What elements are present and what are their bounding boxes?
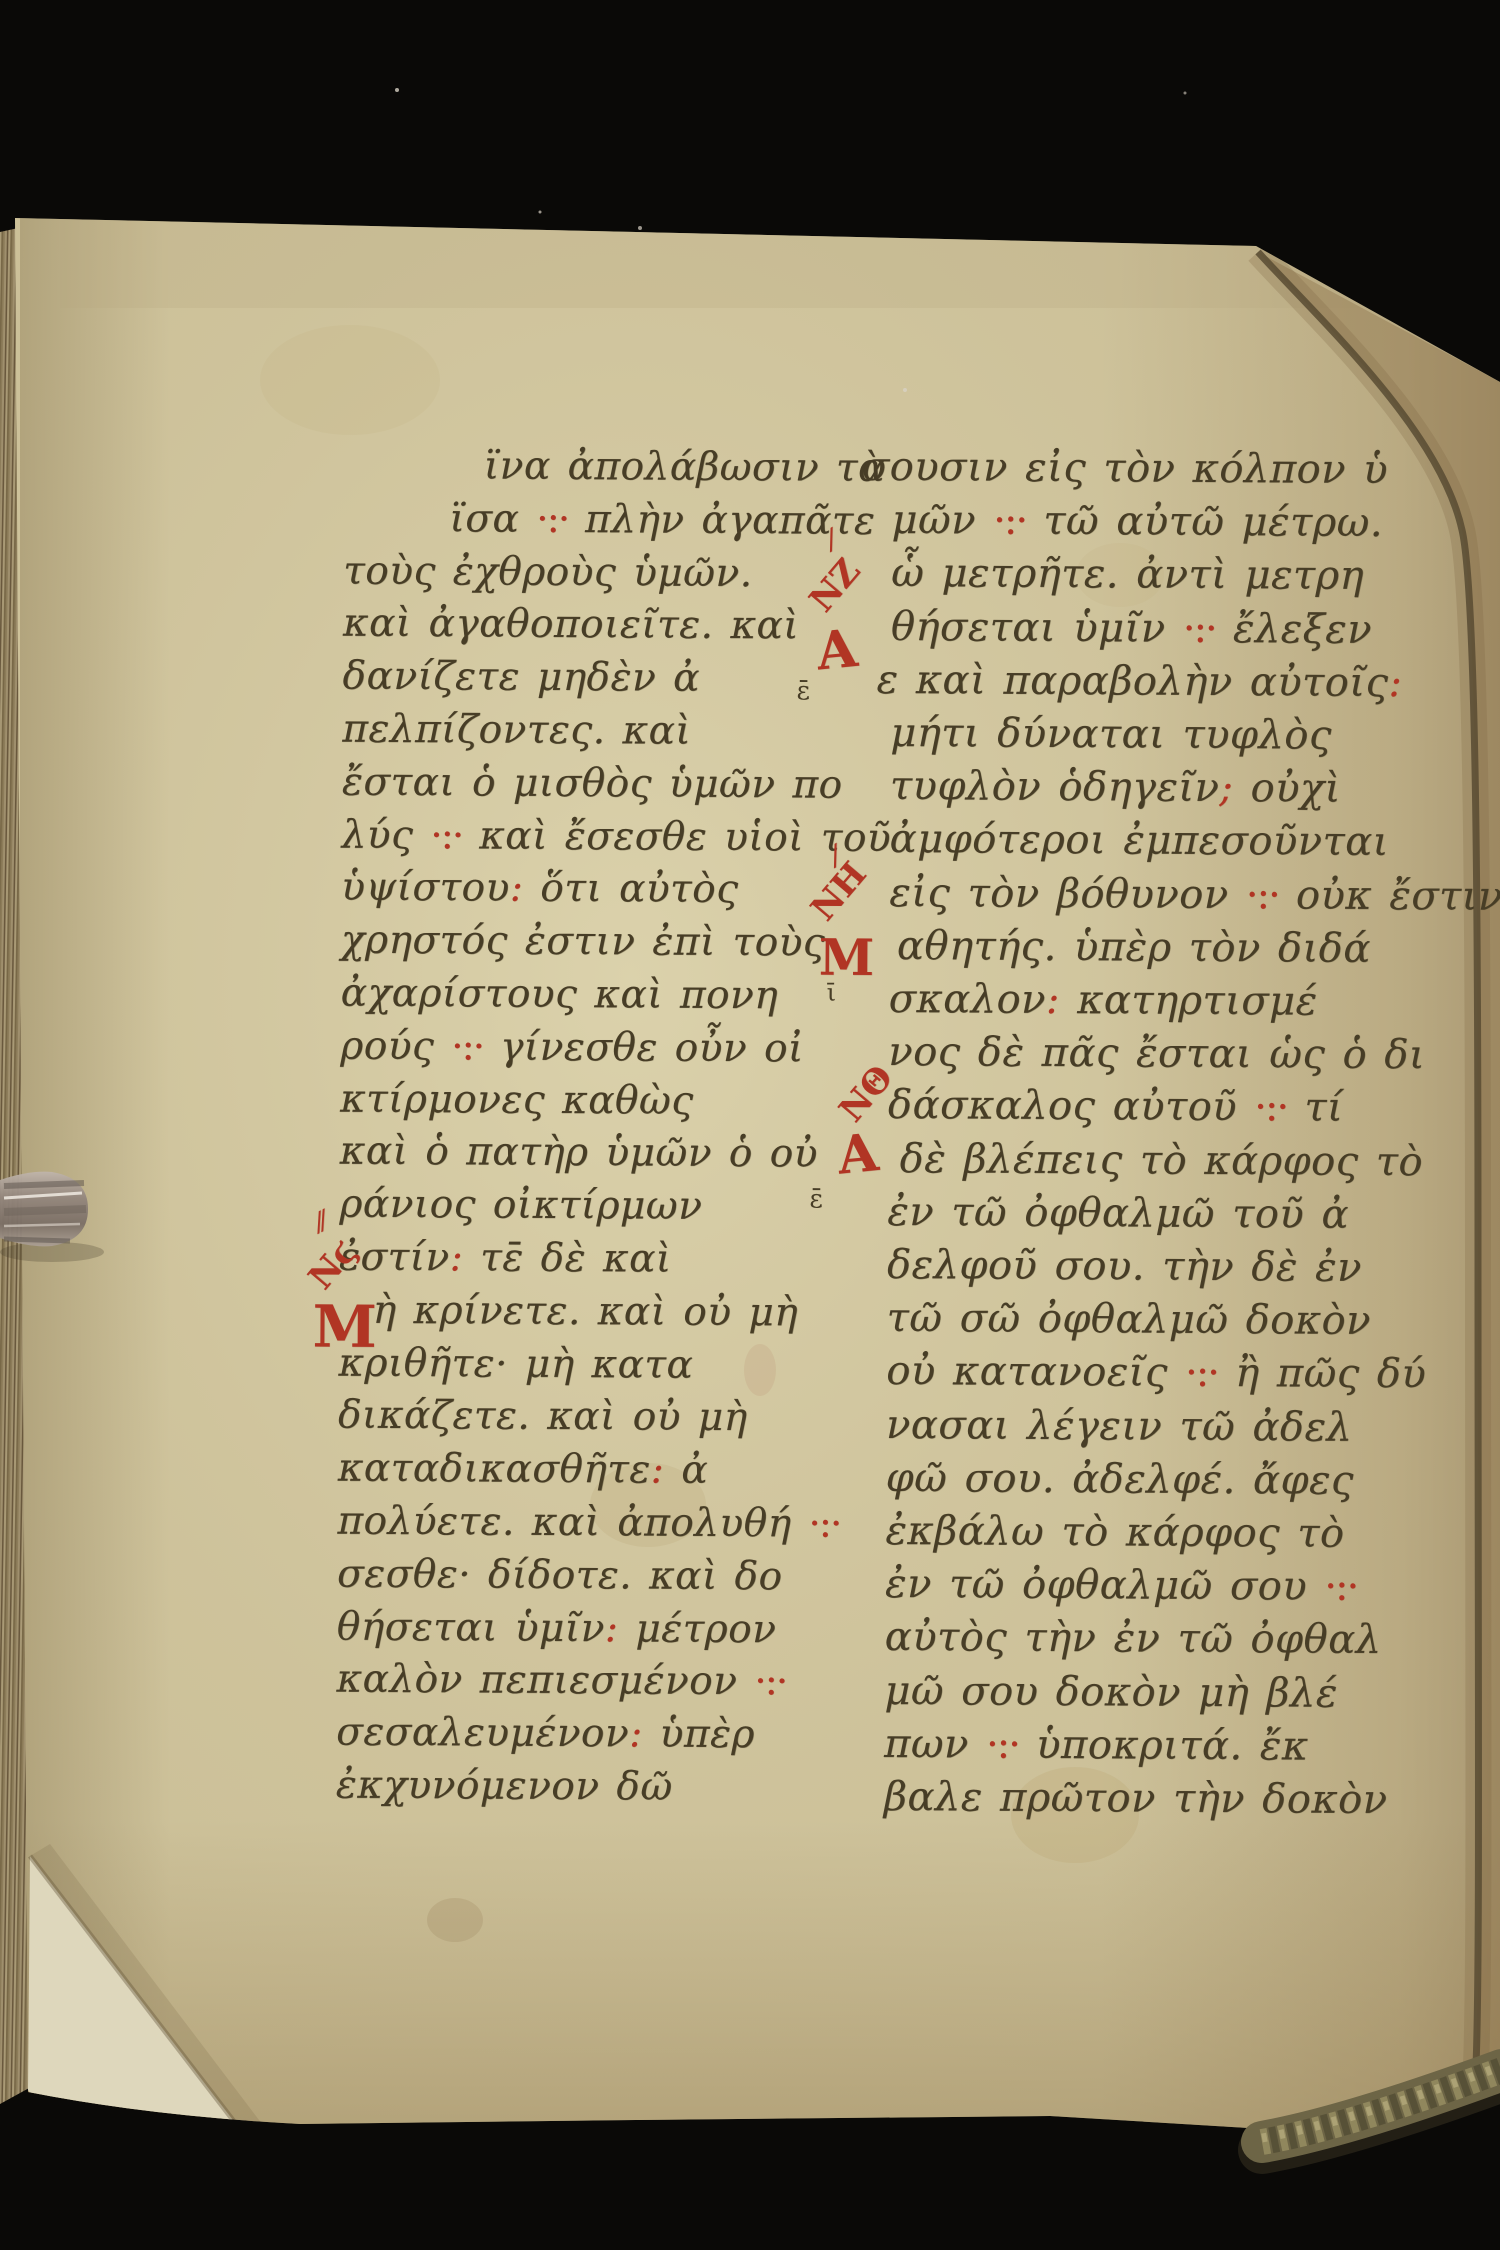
- canon-mark-3: ε̄: [809, 1187, 823, 1213]
- manuscript-line: εἰς τὸν βόθυνον ·:· οὐκ ἔστιν: [889, 873, 1500, 917]
- manuscript-line: ὑψίστου: ὅτι αὐτὸς: [341, 868, 738, 909]
- manuscript-line: νος δὲ πᾶς ἔσται ὡς ὁ δι: [888, 1032, 1425, 1075]
- manuscript-line: βαλε πρῶτον τὴν δοκὸν: [884, 1777, 1388, 1820]
- manuscript-line: πελπίζοντες. καὶ: [342, 710, 691, 751]
- text-block: ϊνα ἀπολάβωσιν τὰϊσα ·:· πλὴν ἀγαπᾶτετοὺ…: [0, 0, 1500, 2250]
- manuscript-photo: ϊνα ἀπολάβωσιν τὰϊσα ·:· πλὴν ἀγαπᾶτετοὺ…: [0, 0, 1500, 2250]
- manuscript-line: ὧ μετρῆτε. ἀντὶ μετρη: [891, 553, 1364, 596]
- manuscript-line: καὶ ὁ πατὴρ ὑμῶν ὁ οὐ: [340, 1132, 818, 1174]
- manuscript-line: ἐκβάλω τὸ κάρφος τὸ: [885, 1511, 1344, 1554]
- manuscript-line: ἐν τῶ ὀφθαλμῶ τοῦ ἀ: [887, 1192, 1349, 1235]
- ammonian-section-58: ΝΗ: [805, 857, 872, 927]
- manuscript-line: αθητής. ὑπὲρ τὸν διδά: [897, 926, 1371, 969]
- manuscript-line: πων ·:· ὑποκριτά. ἔκ: [884, 1724, 1309, 1767]
- manuscript-line: δανίζετε μηδὲν ἀ: [342, 657, 700, 698]
- quire-mark-slashes: ⁄⁄: [312, 1209, 332, 1236]
- manuscript-line: πολύετε. καὶ ἀπολυθή ·:·: [337, 1502, 840, 1544]
- manuscript-line: ἀχαρίστους καὶ πονη: [341, 974, 779, 1016]
- manuscript-line: κριθῆτε· μὴ κατα: [338, 1344, 693, 1385]
- manuscript-line: ἔσται ὁ μισθὸς ὑμῶν πο: [342, 763, 843, 805]
- manuscript-line: σκαλον: κατηρτισμέ: [889, 979, 1318, 1022]
- manuscript-line: τῶ σῶ ὀφθαλμῶ δοκὸν: [887, 1298, 1372, 1341]
- manuscript-line: αὐτὸς τὴν ἐν τῶ ὀφθαλ: [885, 1617, 1382, 1660]
- manuscript-line: ϊνα ἀπολάβωσιν τὰ: [484, 447, 885, 488]
- manuscript-line: καὶ ἀγαθοποιεῖτε. καὶ: [343, 604, 799, 646]
- manuscript-line: μήτι δύναται τυφλὸς: [890, 713, 1332, 756]
- manuscript-line: ἀμφότεροι ἐμπεσοῦνται: [890, 819, 1389, 862]
- manuscript-line: τυφλὸν ὁδηγεῖν; οὐχὶ: [890, 766, 1341, 809]
- manuscript-line: ϊσα ·:· πλὴν ἀγαπᾶτε: [449, 499, 875, 541]
- lection-initial-2: Α: [835, 1127, 880, 1183]
- manuscript-line: λύς ·:· καὶ ἔσεσθε υἱοὶ τοῦ: [342, 816, 892, 858]
- initial-mu-right: Μ: [819, 933, 875, 983]
- manuscript-line: δελφοῦ σου. τὴν δὲ ἐν: [887, 1245, 1362, 1288]
- manuscript-line: ε καὶ παραβολὴν αὐτοῖς:: [876, 660, 1402, 703]
- manuscript-line: δικάζετε. καὶ οὐ μὴ: [338, 1396, 748, 1438]
- lection-initial-1: Α: [814, 623, 859, 679]
- manuscript-line: σεσθε· δίδοτε. καὶ δο: [337, 1555, 783, 1597]
- manuscript-line: ράνιος οἰκτίρμων: [339, 1185, 702, 1226]
- manuscript-line: σουσιν εἰς τὸν κόλπον ὑ: [862, 447, 1388, 490]
- manuscript-line: θήσεται ὑμῖν: μέτρον: [337, 1608, 777, 1650]
- manuscript-line: ἐστίν: τε̄ δὲ καὶ: [339, 1238, 672, 1279]
- manuscript-line: χρηστός ἐστιν ἐπὶ τοὺς: [341, 921, 825, 963]
- manuscript-line: φῶ σου. ἀδελφέ. ἄφες: [886, 1458, 1354, 1501]
- ammonian-section-57: ΝΖ: [804, 553, 866, 618]
- initial-mu-left: Μ: [312, 1297, 377, 1355]
- manuscript-line: νασαι λέγειν τῶ ἀδελ: [886, 1405, 1353, 1448]
- manuscript-line: καλὸν πεπιεσμένον ·:·: [336, 1660, 786, 1702]
- manuscript-line: θήσεται ὑμῖν ·:· ἔλεξεν: [891, 607, 1372, 650]
- manuscript-line: μῶν ·:· τῶ αὐτῶ μέτρω.: [891, 500, 1383, 543]
- manuscript-line: δάσκαλος αὐτοῦ ·:· τί: [888, 1085, 1343, 1128]
- manuscript-line: δὲ βλέπεις τὸ κάρφος τὸ: [900, 1139, 1424, 1182]
- manuscript-line: σεσαλευμένον: ὑπὲρ: [336, 1713, 755, 1755]
- manuscript-line: ἐκχυνόμενον δῶ: [336, 1766, 673, 1807]
- manuscript-line: τοὺς ἐχθροὺς ὑμῶν.: [343, 552, 753, 594]
- manuscript-line: μῶ σου δοκὸν μὴ βλέ: [884, 1671, 1338, 1714]
- manuscript-line: ρούς ·:· γίνεσθε οὖν οἰ: [340, 1027, 804, 1069]
- canon-mark-1: ε̄: [796, 678, 810, 704]
- manuscript-line: ὴ κρίνετε. καὶ οὐ μὴ: [373, 1291, 799, 1333]
- manuscript-line: οὐ κατανοεῖς ·:· ἢ πῶς δύ: [886, 1351, 1426, 1394]
- manuscript-line: καταδικασθῆτε: ἀ: [338, 1449, 709, 1490]
- manuscript-line: κτίρμονες καθὼς: [340, 1080, 694, 1121]
- canon-mark-2: ῑ: [827, 981, 837, 1005]
- manuscript-line: ἐν τῶ ὀφθαλμῶ σου ·:·: [885, 1564, 1357, 1607]
